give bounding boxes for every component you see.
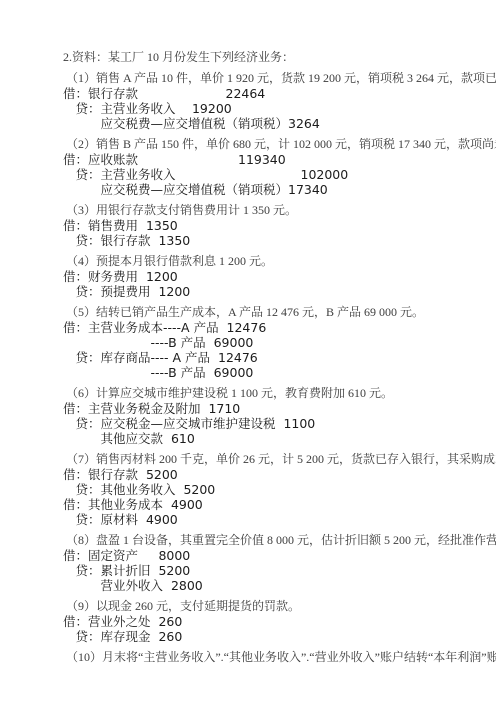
journal-entry-line: 其他应交款 610 — [63, 431, 476, 446]
journal-entry-line: 贷：应交税金—应交城市维护建设税 1100 — [63, 416, 476, 431]
journal-entry-line: 贷：原材料 4900 — [63, 512, 476, 527]
transaction-block: （9）以现金 260 元，支付延期提货的罚款。借：营业外之处 260 贷：库存现… — [63, 599, 476, 644]
journal-entry-line: 借：主营业务成本----A 产品 12476 — [63, 320, 476, 335]
transaction-description: （2）销售 B 产品 150 件，单价 680 元，计 102 000 元，销项… — [63, 137, 476, 152]
journal-entry-line: 贷：预提费用 1200 — [63, 284, 476, 299]
transaction-description: （7）销售丙材料 200 千克，单价 26 元，计 5 200 元，货款已存入银… — [63, 452, 476, 467]
journal-entry-line: 借：银行存款 5200 — [63, 467, 476, 482]
journal-entry-line: 贷：其他业务收入 5200 — [63, 482, 476, 497]
transaction-block: （6）计算应交城市维护建设税 1 100 元，教育费附加 610 元。借：主营业… — [63, 386, 476, 446]
transaction-block: （10）月末将“主营业务收入”.“其他业务收入”.“营业外收入”账户结转“本年利… — [63, 650, 476, 665]
transaction-block: （1）销售 A 产品 10 件，单价 1 920 元，货款 19 200 元，销… — [63, 71, 476, 131]
transaction-block: （7）销售丙材料 200 千克，单价 26 元，计 5 200 元，货款已存入银… — [63, 452, 476, 527]
document-title: 2.资料：某工厂 10 月份发生下列经济业务： — [63, 50, 476, 65]
journal-entry-line: 应交税费—应交增值税（销项税）3264 — [63, 116, 476, 131]
transaction-description: （6）计算应交城市维护建设税 1 100 元，教育费附加 610 元。 — [63, 386, 476, 401]
transaction-description: （1）销售 A 产品 10 件，单价 1 920 元，货款 19 200 元，销… — [63, 71, 476, 86]
transaction-description: （10）月末将“主营业务收入”.“其他业务收入”.“营业外收入”账户结转“本年利… — [63, 650, 476, 665]
journal-entry-line: 贷：库存现金 260 — [63, 629, 476, 644]
journal-entry-line: 借：主营业务税金及附加 1710 — [63, 401, 476, 416]
transaction-description: （5）结转已销产品生产成本，A 产品 12 476 元，B 产品 69 000 … — [63, 305, 476, 320]
journal-entry-line: 借：银行存款 22464 — [63, 86, 476, 101]
journal-entry-line: ----B 产品 69000 — [63, 365, 476, 380]
document-page: 2.资料：某工厂 10 月份发生下列经济业务： （1）销售 A 产品 10 件，… — [0, 0, 496, 702]
transaction-description: （3）用银行存款支付销售费用计 1 350 元。 — [63, 203, 476, 218]
journal-entry-line: 借：销售费用 1350 — [63, 218, 476, 233]
transaction-block: （2）销售 B 产品 150 件，单价 680 元，计 102 000 元，销项… — [63, 137, 476, 197]
transaction-block: （8）盘盈 1 台设备，其重置完全价值 8 000 元，估计折旧额 5 200 … — [63, 533, 476, 593]
transaction-description: （8）盘盈 1 台设备，其重置完全价值 8 000 元，估计折旧额 5 200 … — [63, 533, 476, 548]
journal-entry-line: 借：固定资产 8000 — [63, 548, 476, 563]
journal-entry-line: 贷：银行存款 1350 — [63, 233, 476, 248]
journal-entry-line: 借：财务费用 1200 — [63, 269, 476, 284]
transaction-blocks: （1）销售 A 产品 10 件，单价 1 920 元，货款 19 200 元，销… — [63, 71, 476, 665]
journal-entry-line: 贷：累计折旧 5200 — [63, 563, 476, 578]
transaction-description: （4）预提本月银行借款利息 1 200 元。 — [63, 254, 476, 269]
transaction-description: （9）以现金 260 元，支付延期提货的罚款。 — [63, 599, 476, 614]
journal-entry-line: 营业外收入 2800 — [63, 578, 476, 593]
transaction-block: （3）用银行存款支付销售费用计 1 350 元。借：销售费用 1350 贷：银行… — [63, 203, 476, 248]
journal-entry-line: ----B 产品 69000 — [63, 335, 476, 350]
journal-entry-line: 贷：库存商品---- A 产品 12476 — [63, 350, 476, 365]
journal-entry-line: 应交税费—应交增值税（销项税）17340 — [63, 182, 476, 197]
journal-entry-line: 贷：主营业务收入 102000 — [63, 167, 476, 182]
transaction-block: （4）预提本月银行借款利息 1 200 元。借：财务费用 1200 贷：预提费用… — [63, 254, 476, 299]
transaction-block: （5）结转已销产品生产成本，A 产品 12 476 元，B 产品 69 000 … — [63, 305, 476, 380]
journal-entry-line: 借：营业外之处 260 — [63, 614, 476, 629]
journal-entry-line: 借：其他业务成本 4900 — [63, 497, 476, 512]
journal-entry-line: 借：应收账款 119340 — [63, 152, 476, 167]
journal-entry-line: 贷：主营业务收入 19200 — [63, 101, 476, 116]
